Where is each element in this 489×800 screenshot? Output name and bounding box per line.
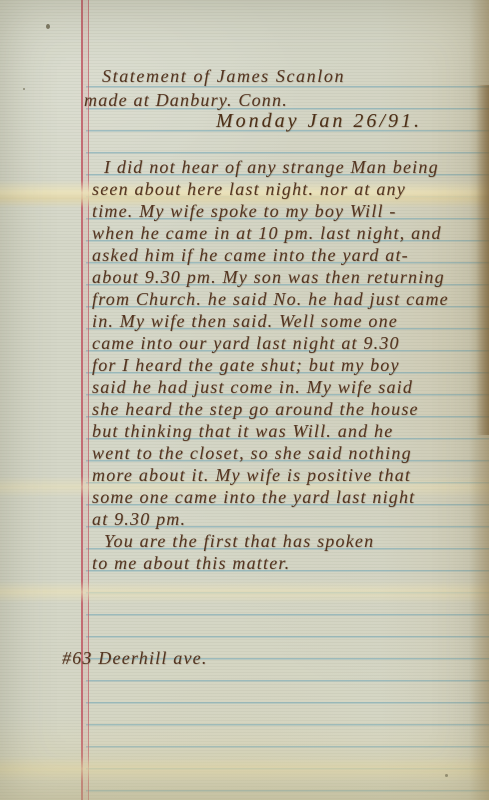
manuscript-line: asked him if he came into the yard at- [92,245,409,265]
manuscript-line: some one came into the yard last night [92,487,415,507]
manuscript-line: came into our yard last night at 9.30 [92,333,400,353]
paper-edge-shadow [476,85,489,435]
manuscript-line: but thinking that it was Will. and he [92,421,393,441]
statement-place-line: made at Danbury. Conn. [84,90,288,110]
manuscript-line: said he had just come in. My wife said [92,377,413,397]
document-photo: Statement of James Scanlon made at Danbu… [0,0,489,800]
manuscript-line: to me about this matter. [92,553,290,573]
manuscript-line: went to the closet, so she said nothing [92,443,412,463]
paper-speck [445,774,448,777]
manuscript-line: when he came in at 10 pm. last night, an… [92,223,442,243]
paper-tint [0,715,489,800]
address-line: #63 Deerhill ave. [62,648,208,668]
margin-line [81,0,89,800]
manuscript-line: about 9.30 pm. My son was then returning [92,267,445,287]
manuscript-line: time. My wife spoke to my boy Will - [92,201,397,221]
manuscript-line: in. My wife then said. Well some one [92,311,398,331]
statement-title-line: Statement of James Scanlon [102,66,345,86]
statement-date-line: Monday Jan 26/91. [216,111,422,131]
paper-speck [46,24,50,29]
manuscript-line: more about it. My wife is positive that [92,465,411,485]
manuscript-line: from Church. he said No. he had just cam… [92,289,449,309]
paper-speck [23,88,25,90]
manuscript-line: she heard the step go around the house [92,399,419,419]
manuscript-line: at 9.30 pm. [92,509,186,529]
manuscript-line: seen about here last night. nor at any [92,179,406,199]
manuscript-line: I did not hear of any strange Man being [104,157,439,177]
manuscript-line: You are the first that has spoken [104,531,374,551]
manuscript-line: for I heard the gate shut; but my boy [92,355,400,375]
